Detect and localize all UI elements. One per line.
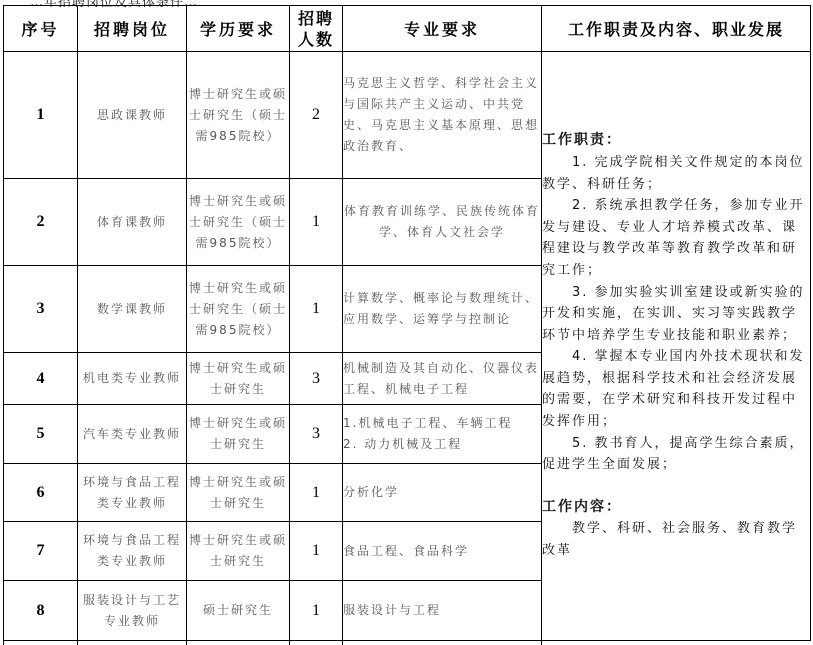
- row-education: 博士研究生或硕士研究生: [187, 522, 290, 581]
- row-education: 硕士研究生: [187, 581, 290, 641]
- row-education: 博士研究生或硕士研究生（硕士需985院校）: [187, 266, 290, 353]
- row-major: 1.机械电子工程、车辆工程 2. 动力机械及工程: [343, 405, 542, 464]
- header-count-line2: 人数: [298, 30, 334, 49]
- row-no: 5: [4, 405, 78, 464]
- row-major: 分析化学: [343, 464, 542, 522]
- row-position: 汽车类专业教师: [78, 405, 187, 464]
- table-row-partial: [4, 641, 811, 645]
- row-count: 1: [290, 266, 343, 353]
- responsibility-item: 3. 参加实验实训室建设或新实验的开发和实施，在实训、实习等实践教学环节中培养学…: [542, 282, 810, 347]
- responsibility-item: 5. 教书育人，提高学生综合素质，促进学生全面发展；: [542, 433, 810, 476]
- header-position: 招聘岗位: [78, 6, 187, 52]
- header-count: 招聘人数: [290, 6, 343, 52]
- row-count: 1: [290, 522, 343, 581]
- responsibility-item: 1. 完成学院相关文件规定的本岗位教学、科研任务；: [542, 152, 810, 195]
- row-no: 1: [4, 52, 78, 179]
- header-count-line1: 招聘: [298, 9, 334, 28]
- row-major: 体育教育训练学、民族传统体育学、体育人文社会学: [343, 179, 542, 266]
- row-major: 服装设计与工程: [343, 581, 542, 641]
- responsibility-item: 2. 系统承担教学任务，参加专业开发与建设、专业人才培养模式改革、课程建设与教学…: [542, 195, 810, 281]
- row-count: 3: [290, 353, 343, 405]
- row-count: 3: [290, 405, 343, 464]
- responsibility-item: 4. 掌握本专业国内外技术现状和发展趋势，根据科学技术和社会经济发展的需要，在学…: [542, 346, 810, 432]
- row-major: 计算数学、概率论与数理统计、应用数学、运筹学与控制论: [343, 266, 542, 353]
- row-major: 马克思主义哲学、科学社会主义与国际共产主义运动、中共党史、马克思主义基本原理、思…: [343, 52, 542, 179]
- row-education: 博士研究生或硕士研究生: [187, 405, 290, 464]
- row-position: 环境与食品工程类专业教师: [78, 522, 187, 581]
- row-major: 食品工程、食品科学: [343, 522, 542, 581]
- table-header-row: 序号 招聘岗位 学历要求 招聘人数 专业要求 工作职责及内容、职业发展: [4, 6, 811, 52]
- row-no: 4: [4, 353, 78, 405]
- row-education: 博士研究生或硕士研究生（硕士需985院校）: [187, 52, 290, 179]
- row-no: 7: [4, 522, 78, 581]
- row-education: 博士研究生或硕士研究生（硕士需985院校）: [187, 179, 290, 266]
- row-count: 1: [290, 179, 343, 266]
- row-count: 2: [290, 52, 343, 179]
- header-major: 专业要求: [343, 6, 542, 52]
- row-no: 3: [4, 266, 78, 353]
- row-major: 机械制造及其自动化、仪器仪表工程、机械电子工程: [343, 353, 542, 405]
- row-position: 数学课教师: [78, 266, 187, 353]
- content-text: 教学、科研、社会服务、教育教学改革: [542, 518, 810, 561]
- row-position: 思政课教师: [78, 52, 187, 179]
- responsibilities-heading: 工作职责：: [542, 130, 810, 152]
- table-row: 1 思政课教师 博士研究生或硕士研究生（硕士需985院校） 2 马克思主义哲学、…: [4, 52, 811, 179]
- row-no: 2: [4, 179, 78, 266]
- row-count: 1: [290, 581, 343, 641]
- row-position: 服装设计与工艺专业教师: [78, 581, 187, 641]
- row-position: 体育课教师: [78, 179, 187, 266]
- duties-cell: 工作职责： 1. 完成学院相关文件规定的本岗位教学、科研任务； 2. 系统承担教…: [542, 52, 811, 641]
- recruitment-table: 序号 招聘岗位 学历要求 招聘人数 专业要求 工作职责及内容、职业发展 1 思政…: [3, 5, 811, 645]
- row-education: 博士研究生或硕士研究生: [187, 353, 290, 405]
- row-position: 机电类专业教师: [78, 353, 187, 405]
- row-no: 6: [4, 464, 78, 522]
- content-heading: 工作内容：: [542, 497, 810, 519]
- row-position: 环境与食品工程类专业教师: [78, 464, 187, 522]
- header-duties: 工作职责及内容、职业发展: [542, 6, 811, 52]
- row-count: 1: [290, 464, 343, 522]
- header-education: 学历要求: [187, 6, 290, 52]
- row-education: 博士研究生或硕士研究生: [187, 464, 290, 522]
- row-no: 8: [4, 581, 78, 641]
- header-no: 序号: [4, 6, 78, 52]
